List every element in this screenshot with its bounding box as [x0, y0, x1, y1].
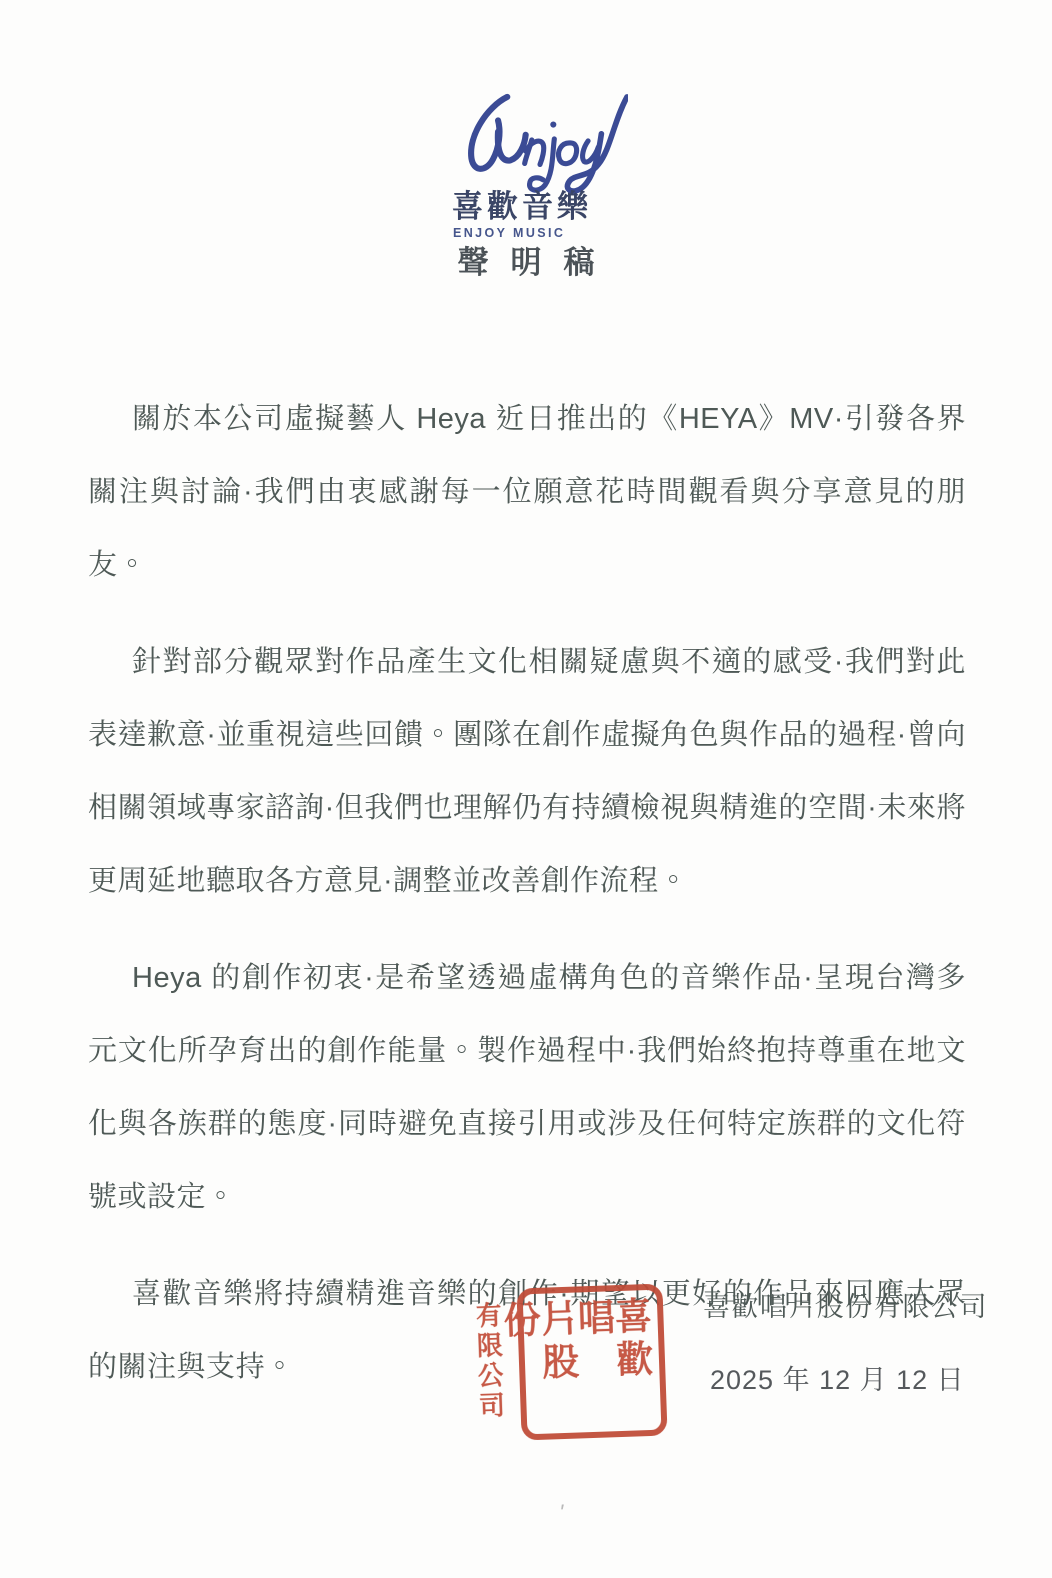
company-name: 喜歡唱片股份有限公司: [703, 1291, 988, 1323]
logo-en-text: ENJOY MUSIC: [453, 227, 593, 240]
paragraph-1: 關於本公司虛擬藝人 Heya 近日推出的《HEYA》MV·引發各界關注與討論·我…: [88, 383, 966, 602]
statement-page: 喜歡音樂 ENJOY MUSIC 聲明稿 關於本公司虛擬藝人 Heya 近日推出…: [0, 0, 1052, 1578]
enjoy-script-logo: [452, 92, 628, 196]
statement-date: 2025 年 12 月 12 日: [710, 1364, 965, 1396]
seal-column-middle: 片股份: [500, 1299, 578, 1430]
seal-column-right: 喜歡唱: [574, 1296, 652, 1427]
statement-title: 聲明稿: [0, 247, 1052, 278]
paragraph-2: 針對部分觀眾對作品產生文化相關疑慮與不適的感受·我們對此表達歉意·並重視這些回饋…: [88, 626, 966, 918]
statement-body: 關於本公司虛擬藝人 Heya 近日推出的《HEYA》MV·引發各界關注與討論·我…: [88, 383, 966, 1428]
enjoy-script-icon: [452, 92, 628, 196]
logo-cjk-text: 喜歡音樂: [452, 191, 592, 222]
paragraph-3: Heya 的創作初衷·是希望透過虛構角色的音樂作品·呈現台灣多元文化所孕育出的創…: [88, 942, 966, 1234]
scan-stray-mark: ': [559, 1502, 563, 1524]
company-seal: 喜歡唱 片股份 有限公司: [516, 1283, 667, 1440]
